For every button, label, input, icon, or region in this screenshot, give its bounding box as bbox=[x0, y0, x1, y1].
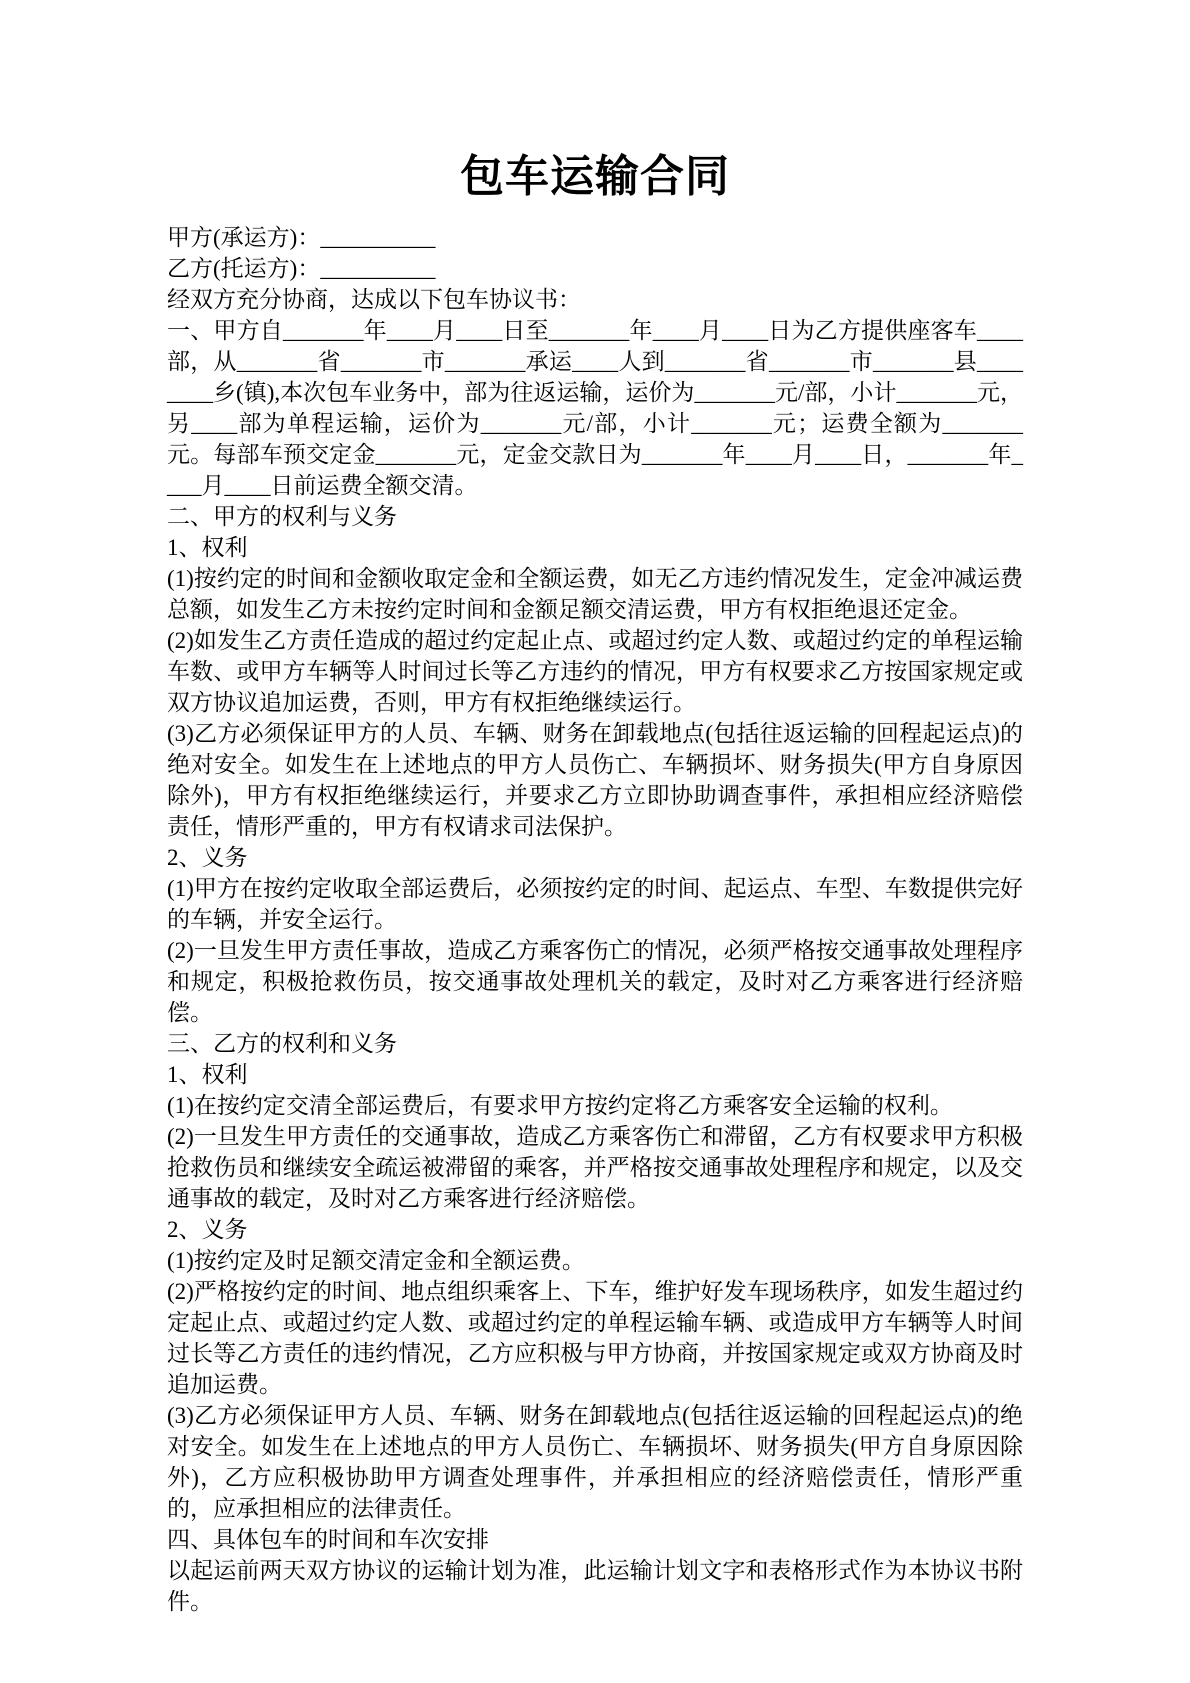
contract-paragraph: (1)按约定及时足额交清定金和全额运费。 bbox=[167, 1245, 1023, 1276]
contract-document-page: 包车运输合同 甲方(承运方)：__________乙方(托运方)：_______… bbox=[0, 0, 1190, 1683]
contract-paragraph: 一、甲方自_______年____月____日至_______年____月___… bbox=[167, 315, 1023, 501]
contract-paragraph: 三、乙方的权利和义务 bbox=[167, 1028, 1023, 1059]
contract-paragraph: 四、具体包车的时间和车次安排 bbox=[167, 1524, 1023, 1555]
contract-paragraph: (2)如发生乙方责任造成的超过约定起止点、或超过约定人数、或超过约定的单程运输车… bbox=[167, 625, 1023, 718]
contract-paragraph: 2、义务 bbox=[167, 1214, 1023, 1245]
contract-paragraph: (1)在按约定交清全部运费后，有要求甲方按约定将乙方乘客安全运输的权利。 bbox=[167, 1090, 1023, 1121]
contract-paragraph: 甲方(承运方)：__________ bbox=[167, 222, 1023, 253]
contract-paragraph: 二、甲方的权利与义务 bbox=[167, 501, 1023, 532]
document-body: 甲方(承运方)：__________乙方(托运方)：__________经双方充… bbox=[167, 222, 1023, 1617]
contract-paragraph: (2)一旦发生甲方责任事故，造成乙方乘客伤亡的情况，必须严格按交通事故处理程序和… bbox=[167, 935, 1023, 1028]
contract-paragraph: (3)乙方必须保证甲方的人员、车辆、财务在卸载地点(包括往返运输的回程起运点)的… bbox=[167, 718, 1023, 842]
contract-paragraph: 以起运前两天双方协议的运输计划为准，此运输计划文字和表格形式作为本协议书附件。 bbox=[167, 1555, 1023, 1617]
contract-paragraph: 2、义务 bbox=[167, 842, 1023, 873]
contract-paragraph: 1、权利 bbox=[167, 532, 1023, 563]
contract-paragraph: 乙方(托运方)：__________ bbox=[167, 253, 1023, 284]
contract-paragraph: (1)按约定的时间和金额收取定金和全额运费，如无乙方违约情况发生，定金冲减运费总… bbox=[167, 563, 1023, 625]
contract-paragraph: (2)严格按约定的时间、地点组织乘客上、下车，维护好发车现场秩序，如发生超过约定… bbox=[167, 1276, 1023, 1400]
contract-paragraph: (3)乙方必须保证甲方人员、车辆、财务在卸载地点(包括往返运输的回程起运点)的绝… bbox=[167, 1400, 1023, 1524]
contract-paragraph: (2)一旦发生甲方责任的交通事故，造成乙方乘客伤亡和滞留，乙方有权要求甲方积极抢… bbox=[167, 1121, 1023, 1214]
contract-paragraph: (1)甲方在按约定收取全部运费后，必须按约定的时间、起运点、车型、车数提供完好的… bbox=[167, 873, 1023, 935]
document-title: 包车运输合同 bbox=[167, 148, 1023, 206]
contract-paragraph: 经双方充分协商，达成以下包车协议书： bbox=[167, 284, 1023, 315]
contract-paragraph: 1、权利 bbox=[167, 1059, 1023, 1090]
